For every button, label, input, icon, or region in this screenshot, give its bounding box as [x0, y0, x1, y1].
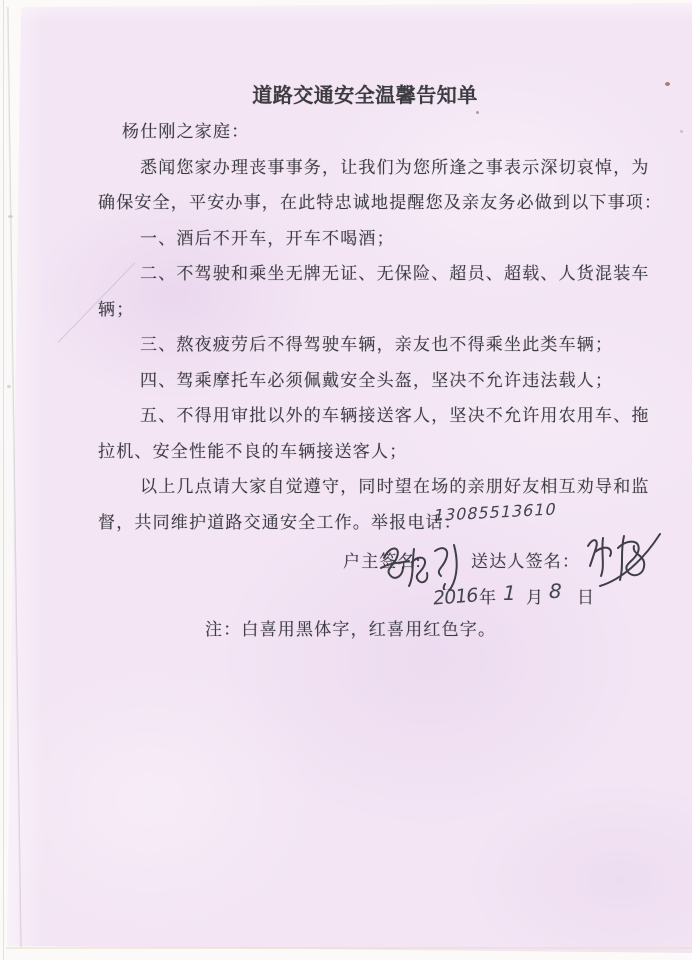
date-year-handwriting: 2016 [432, 584, 479, 609]
document-line: 四、驾乘摩托车必须佩戴安全头盔，坚决不允许违法载人； [98, 363, 606, 399]
scanned-notice-screenshot: 道路交通安全温馨告知单 杨仕刚之家庭：悉闻您家办理丧事事务，让我们为您所逢之事表… [0, 0, 692, 960]
document-line: 五、不得用审批以外的车辆接送客人，坚决不允许用农用车、拖 [98, 398, 606, 434]
document-line: 拉机、安全性能不良的车辆接送客人； [98, 434, 606, 470]
scan-speck [7, 385, 11, 388]
document-line: 以上几点请大家自觉遵守，同时望在场的亲朋好友相互劝导和监 [98, 469, 606, 505]
document-line: 悉闻您家办理丧事事务，让我们为您所逢之事表示深切哀悼，为 [98, 150, 606, 186]
document-line: 辆； [98, 292, 606, 328]
document-line: 杨仕刚之家庭： [98, 114, 606, 150]
scan-speck [665, 82, 670, 86]
deliverer-signature-label: 送达人签名： [471, 551, 580, 573]
day-unit-label: 日 [577, 587, 595, 609]
deliverer-signature-handwriting [580, 528, 664, 590]
document-line: 确保安全，平安办事，在此特忠诚地提醒您及亲友务必做到以下事项： [98, 185, 606, 221]
document-line: 三、熬夜疲劳后不得驾驶车辆，亲友也不得乘坐此类车辆； [98, 327, 606, 363]
year-unit-label: 年 [479, 587, 497, 609]
document-line: 一、酒后不开车，开车不喝酒； [98, 221, 606, 257]
color-usage-note: 注：白喜用黑体字，红喜用红色字。 [205, 619, 496, 641]
document-body: 道路交通安全温馨告知单 杨仕刚之家庭：悉闻您家办理丧事事务，让我们为您所逢之事表… [98, 78, 606, 540]
scanner-edge-line [3, 0, 4, 960]
document-line: 二、不驾驶和乘坐无牌无证、无保险、超员、超载、人货混装车 [98, 256, 606, 292]
document-paragraphs: 杨仕刚之家庭：悉闻您家办理丧事事务，让我们为您所逢之事表示深切哀悼，为确保安全，… [98, 114, 606, 540]
month-unit-label: 月 [526, 587, 544, 609]
document-title: 道路交通安全温馨告知单 [98, 78, 606, 114]
scan-speck [680, 130, 683, 133]
scan-speck [8, 215, 13, 218]
paper-bottom-edge [6, 947, 692, 949]
owner-signature-handwriting [378, 540, 466, 590]
